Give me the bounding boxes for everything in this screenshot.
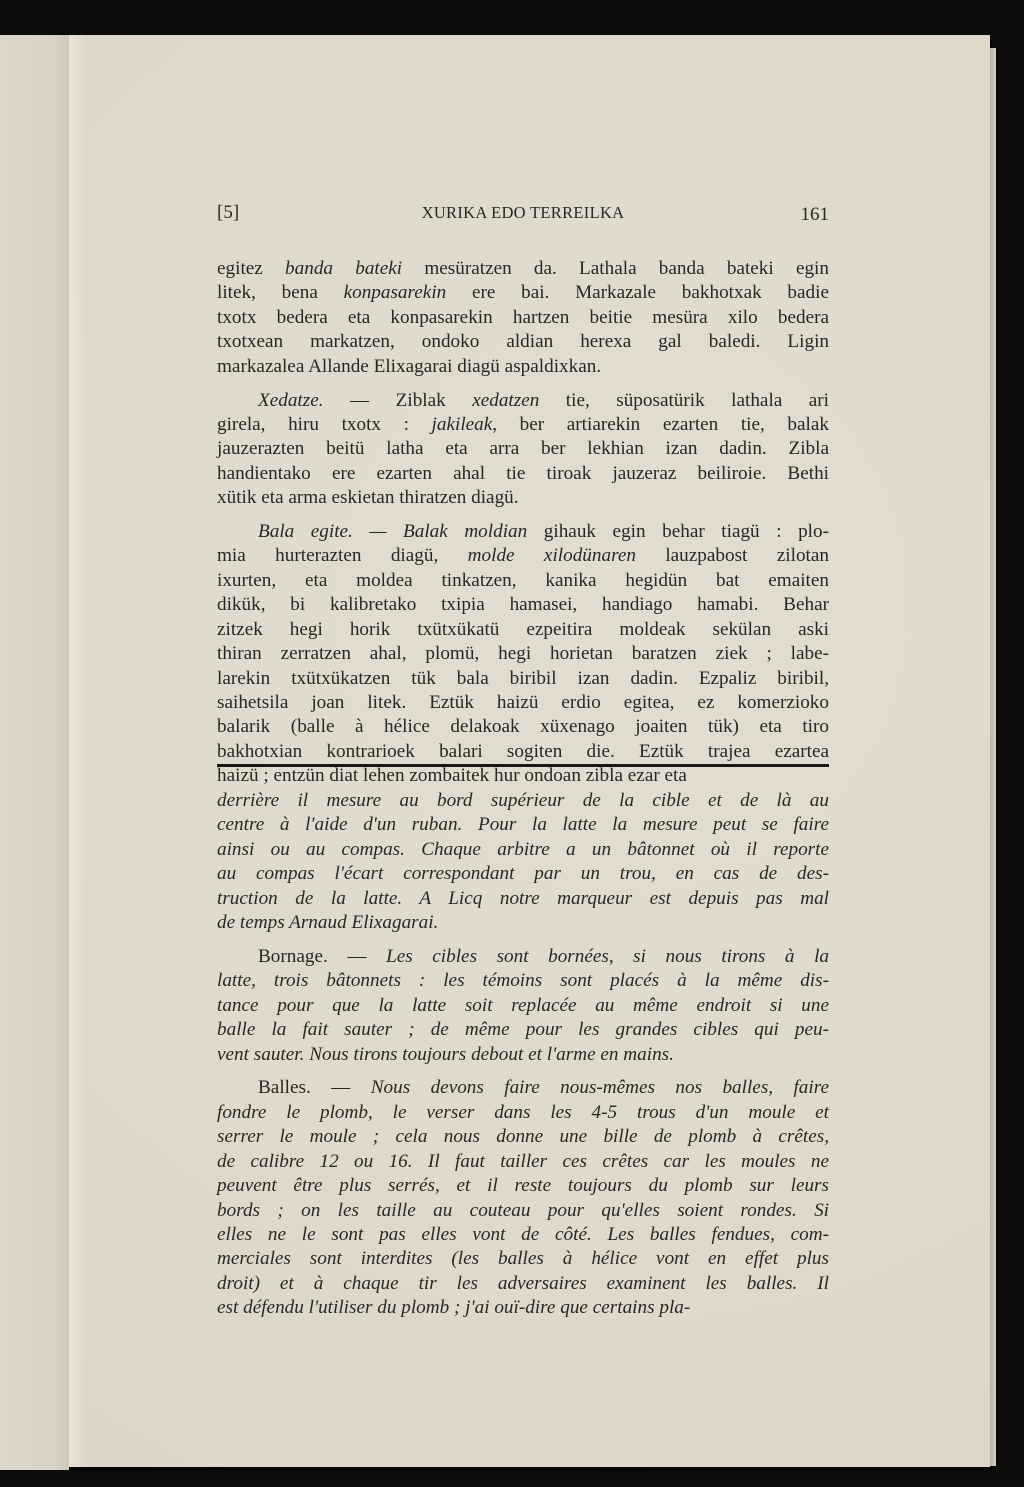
text-line: zitzek hegi horik txütxükatü ezpeitira m… [217,618,829,642]
running-title: XURIKA EDO TERREILKA [217,203,829,223]
text-line: truction de la latte. A Licq notre marqu… [217,887,829,911]
paragraph: Bala egite. — Balak moldian gihauk egin … [217,520,829,788]
text-line: handientako ere ezarten ahal tie tiroak … [217,462,829,486]
text-line: saihetsila joan litek. Eztük haizü erdio… [217,691,829,715]
text-line: Bornage. — Les cibles sont bornées, si n… [217,945,829,969]
text-line: egitez banda bateki mesüratzen da. Latha… [217,257,829,281]
facing-page-edge [0,35,69,1470]
text-line: vent sauter. Nous tirons toujours debout… [217,1043,829,1067]
text-line: Bala egite. — Balak moldian gihauk egin … [217,520,829,544]
text-line: ixurten, eta moldea tinkatzen, kanika he… [217,569,829,593]
text-line: elles ne le sont pas elles vont de côté.… [217,1223,829,1247]
text-line: txotxean markatzen, ondoko aldian herexa… [217,330,829,354]
paragraph: egitez banda bateki mesüratzen da. Latha… [217,257,829,379]
text-line: balle la fait sauter ; de même pour les … [217,1018,829,1042]
page-number: 161 [801,204,830,226]
text-line: au compas l'écart correspondant par un t… [217,862,829,886]
text-line: thiran zerratzen ahal, plomü, hegi horie… [217,642,829,666]
text-line: dikük, bi kalibretako txipia hamasei, ha… [217,593,829,617]
paragraph: derrière il mesure au bord supérieur de … [217,789,829,935]
text-line: haizü ; entzün diat lehen zombaitek hur … [217,764,829,788]
text-line: de temps Arnaud Elixagarai. [217,911,829,935]
text-line: jauzerazten beitü latha eta arra ber lek… [217,437,829,461]
text-line: litek, bena konpasarekin ere bai. Markaz… [217,281,829,305]
text-line: txotx bedera eta konpasarekin hartzen be… [217,306,829,330]
text-line: girela, hiru txotx : jakileak, ber artia… [217,413,829,437]
paragraph: Bornage. — Les cibles sont bornées, si n… [217,945,829,1067]
text-line: balarik (balle à hélice delakoak xüxenag… [217,715,829,739]
text-line: latte, trois bâtonnets : les témoins son… [217,969,829,993]
text-line: est défendu l'utiliser du plomb ; j'ai o… [217,1296,829,1320]
french-translation: derrière il mesure au bord supérieur de … [217,789,829,1330]
text-line: bakhotxian kontrarioek balari sogiten di… [217,740,829,764]
basque-text: egitez banda bateki mesüratzen da. Latha… [217,257,829,798]
text-line: xütik eta arma eskietan thiratzen diagü. [217,486,829,510]
paragraph: Xedatze. — Ziblak xedatzen tie, süposatü… [217,389,829,511]
text-line: ainsi ou au compas. Chaque arbitre a un … [217,838,829,862]
text-line: mia hurterazten diagü, molde xilodünaren… [217,544,829,568]
text-line: merciales sont interdites (les balles à … [217,1247,829,1271]
text-line: Xedatze. — Ziblak xedatzen tie, süposatü… [217,389,829,413]
text-line: tance pour que la latte soit replacée au… [217,994,829,1018]
text-line: peuvent être plus serrés, et il reste to… [217,1174,829,1198]
footnote-rule [217,764,829,767]
paragraph: Balles. — Nous devons faire nous-mêmes n… [217,1076,829,1320]
page-stack-edge [990,48,996,1466]
text-line: larekin txütxükatzen tük bala biribil iz… [217,667,829,691]
text-line: droit) et à chaque tir les adversaires e… [217,1272,829,1296]
text-line: Balles. — Nous devons faire nous-mêmes n… [217,1076,829,1100]
text-line: centre à l'aide d'un ruban. Pour la latt… [217,813,829,837]
text-line: serrer le moule ; cela nous donne une bi… [217,1125,829,1149]
text-line: de calibre 12 ou 16. Il faut tailler ces… [217,1150,829,1174]
running-head: [5] XURIKA EDO TERREILKA 161 [217,202,829,232]
text-line: fondre le plomb, le verser dans les 4-5 … [217,1101,829,1125]
text-line: derrière il mesure au bord supérieur de … [217,789,829,813]
text-line: bords ; on les taille au couteau pour qu… [217,1199,829,1223]
text-line: markazalea Allande Elixagarai diagü aspa… [217,355,829,379]
